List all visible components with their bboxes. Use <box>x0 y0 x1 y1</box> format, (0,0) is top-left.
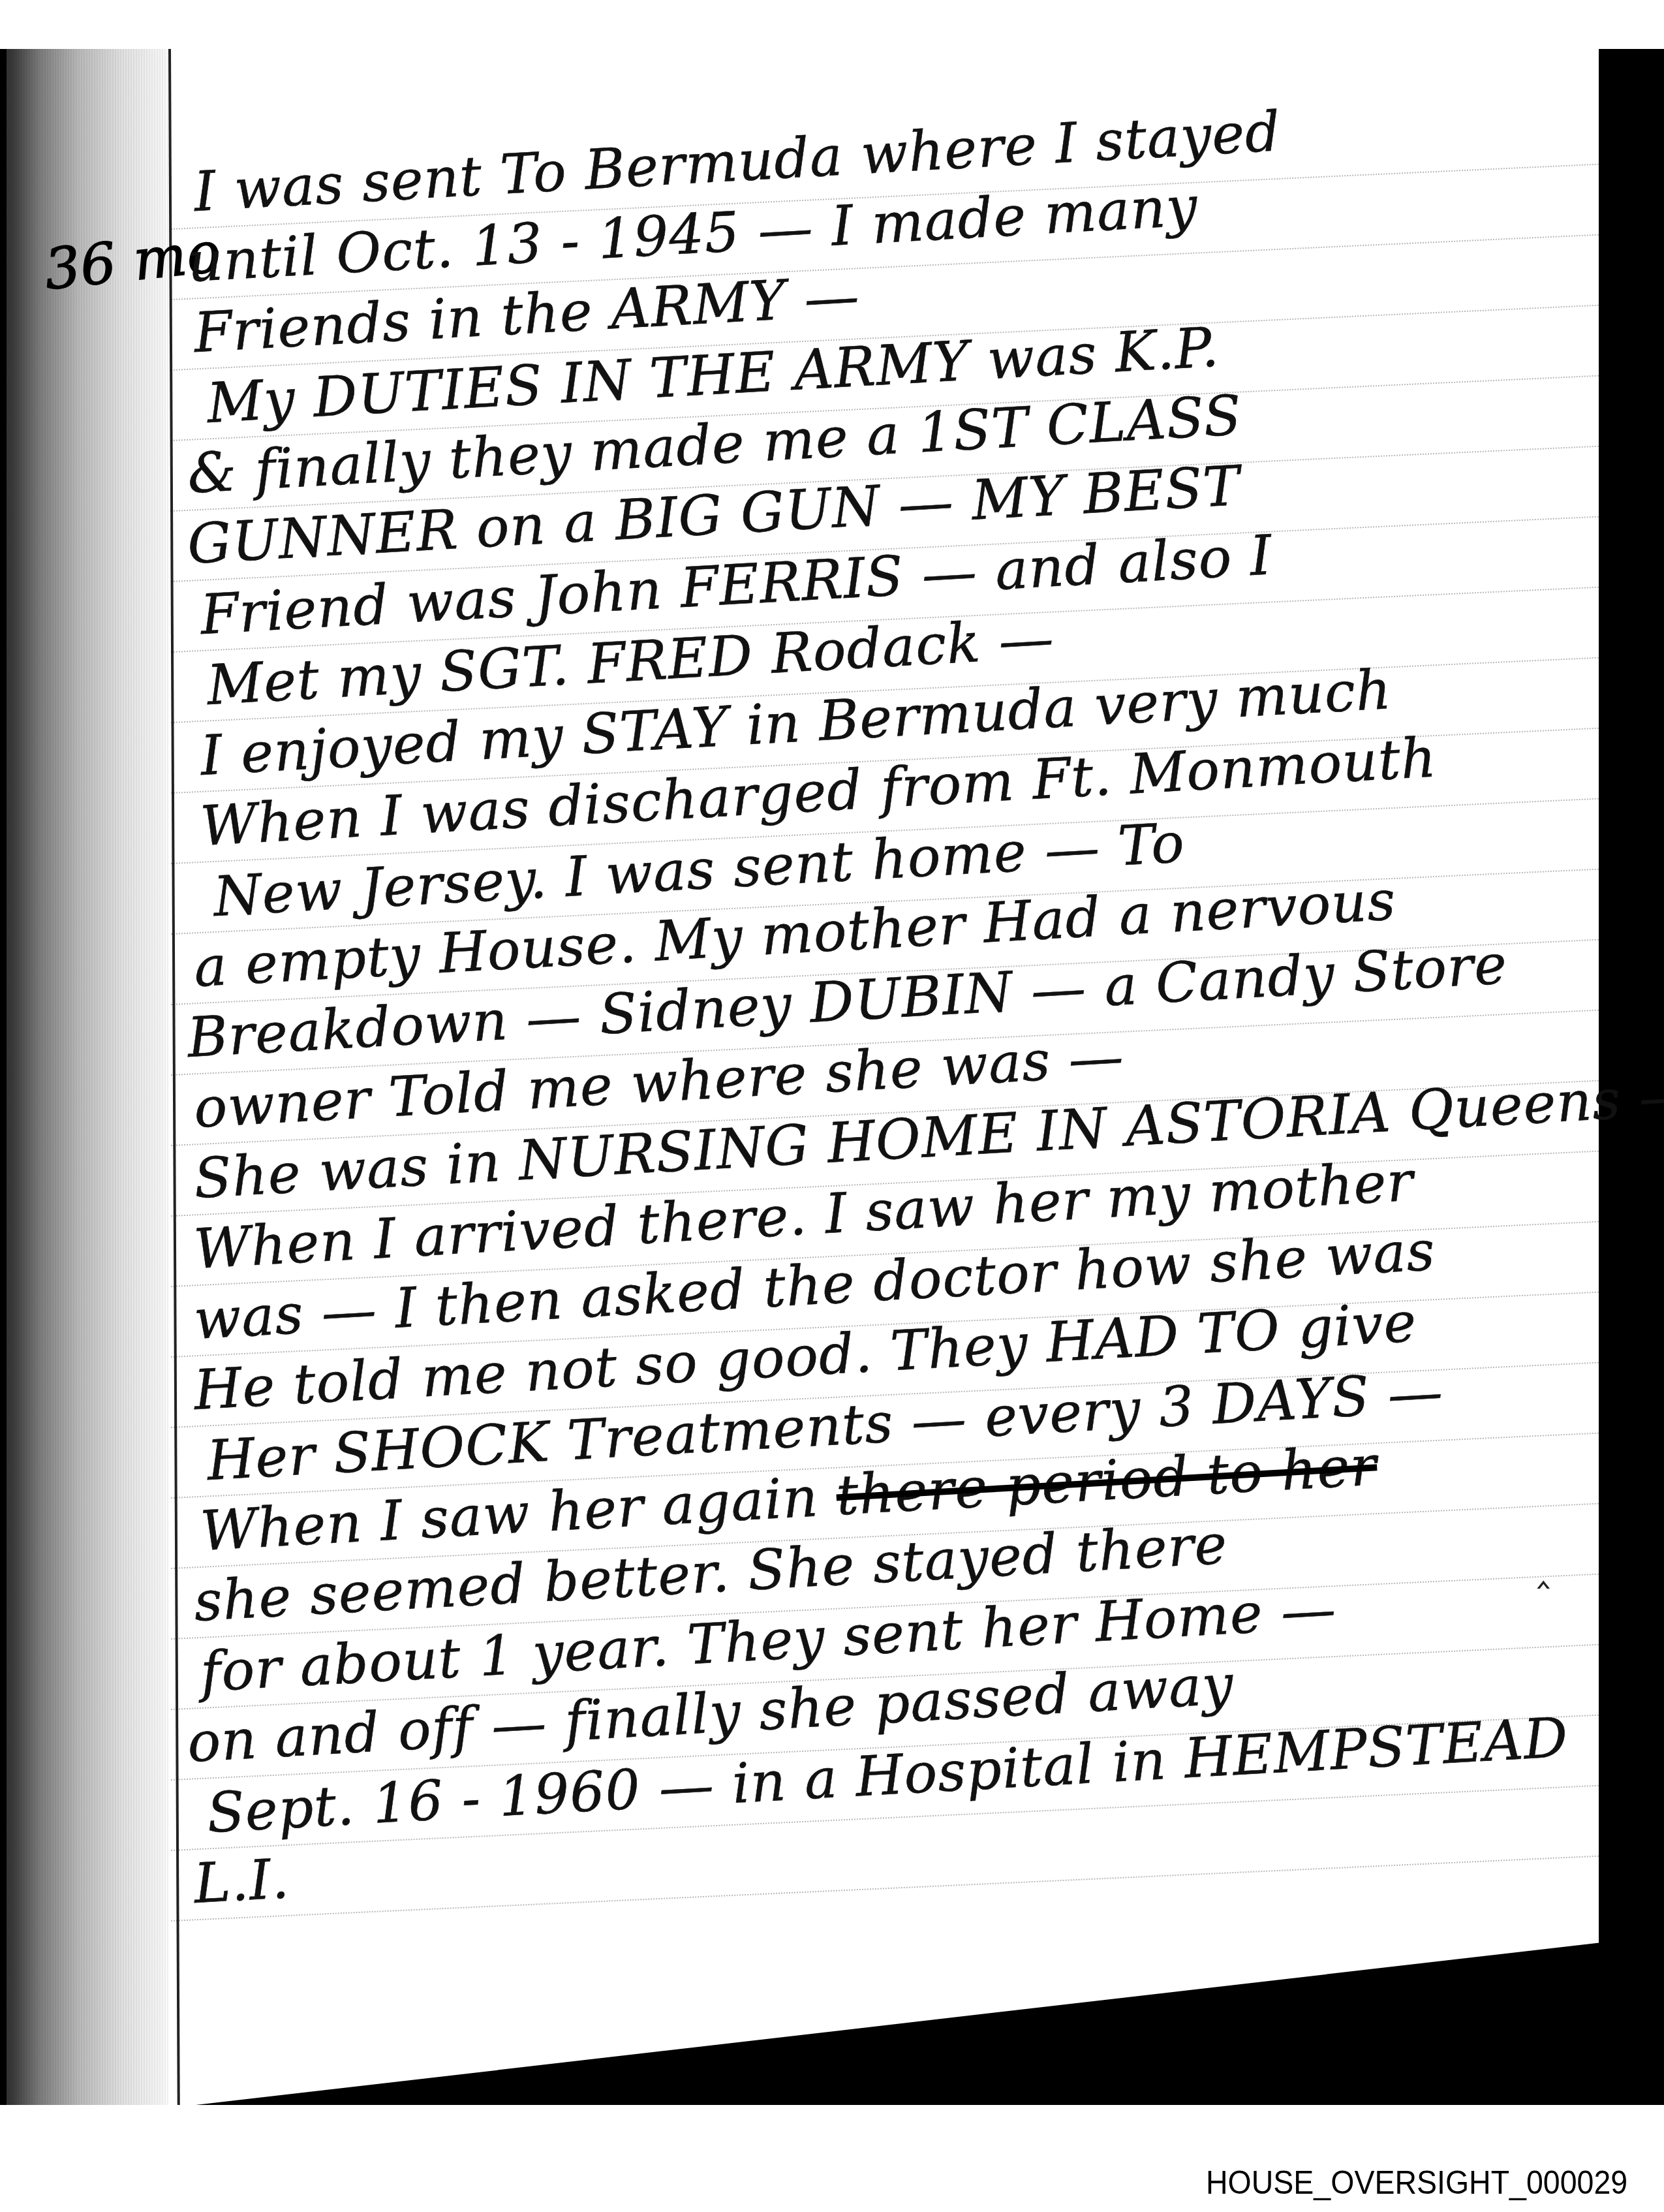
bottom-scan-edge <box>0 1935 1664 2105</box>
handwritten-line: L.I. <box>193 1846 292 1916</box>
margin-rule-line <box>168 49 180 2105</box>
ruled-line <box>171 1856 1599 1922</box>
caret-mark: ‸ <box>1537 1544 1550 1589</box>
scanned-page: 36 mo I was sent To Bermuda where I stay… <box>0 49 1664 2105</box>
left-scan-edge <box>0 49 7 2105</box>
line-text: L.I. <box>193 1846 292 1916</box>
binding-shadow <box>0 49 170 2105</box>
bates-number: HOUSE_OVERSIGHT_000029 <box>1206 2164 1627 2202</box>
